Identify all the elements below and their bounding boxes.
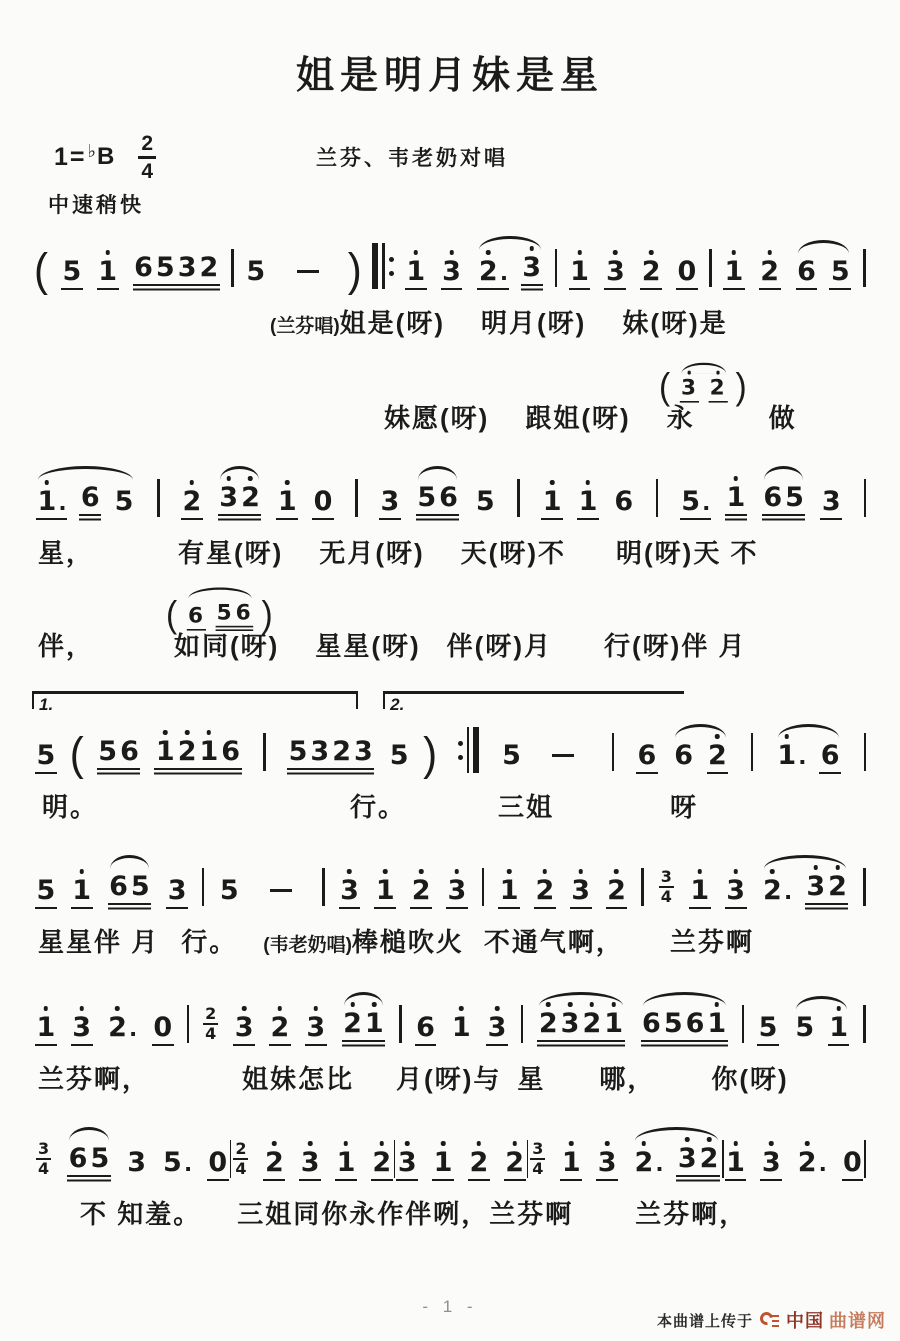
note: 0 <box>842 1139 864 1184</box>
lyric-text: 姐是(呀) <box>340 308 445 338</box>
note-digit: 5 <box>218 867 240 906</box>
note-digit: 6 <box>762 474 784 513</box>
note: 2. <box>477 248 508 293</box>
note-digit: 5 <box>680 478 702 517</box>
note-digit: 6 <box>79 474 101 513</box>
parenthesis: ( <box>34 249 48 291</box>
note-digit: 5 <box>662 1000 684 1039</box>
dash-note <box>552 754 574 758</box>
note-digit: 6 <box>108 863 130 902</box>
note: 2 <box>181 478 203 523</box>
note: 6 <box>187 597 206 633</box>
note: 1 <box>569 248 591 293</box>
measure: 34132.32 <box>657 854 851 912</box>
performers: 兰芬、韦老奶对唱 <box>316 142 508 172</box>
note: 2 <box>606 867 628 912</box>
note: 5 <box>35 867 57 912</box>
note: 3 <box>486 1004 508 1049</box>
note: 1 <box>276 478 298 523</box>
note-digit: 3 <box>353 728 375 767</box>
slur-group: 2.3 <box>476 235 543 293</box>
lyric-text: 有星(呀) <box>178 538 283 568</box>
note: 2 <box>410 867 432 912</box>
note-digit: 5 <box>794 1004 816 1043</box>
note: 3 <box>760 1139 782 1184</box>
lyric-text: 妹愿(呀) <box>384 403 489 433</box>
note-digit: 6 <box>819 732 841 771</box>
note-digit: 3 <box>218 474 240 513</box>
note-digit: 1 <box>689 867 711 906</box>
measure: (656) <box>166 587 274 633</box>
score: (5165325)132.313201265(兰芬唱)姐是(呀)明月(呀)妹(呀… <box>32 235 868 1231</box>
lyric-segment: 妹愿(呀) <box>384 398 489 435</box>
slur-group: 32 <box>679 362 728 405</box>
note-digit: 5 <box>287 728 309 767</box>
note-digit: 3 <box>559 1000 581 1039</box>
note: 1 <box>335 1139 357 1184</box>
note-digit: 6 <box>67 1135 89 1174</box>
lyric-segment: 兰芬啊 <box>670 922 754 959</box>
note: 6 <box>673 732 695 777</box>
slur-group: 21 <box>341 991 387 1049</box>
note-digit: 5 <box>245 248 267 287</box>
lyric-text: 不 知羞。 <box>80 1199 201 1229</box>
note: 5 <box>501 732 523 777</box>
slur-group: 2.32 <box>761 854 850 912</box>
measure: 3123 <box>338 867 469 912</box>
lyric-text: 三姐 <box>498 792 554 822</box>
lyric-text: 天(呀)不 <box>461 538 566 568</box>
note-digit: 5 <box>35 867 57 906</box>
note: 5. <box>162 1139 193 1184</box>
song-title: 姐是明月妹是星 <box>32 44 868 99</box>
note-digit: 5 <box>501 732 523 771</box>
note: 1 <box>828 1004 850 1049</box>
note-digit: 2 <box>796 1139 818 1178</box>
lyric-segment: 跟姐(呀) <box>525 398 630 435</box>
note: 1 <box>374 867 396 912</box>
inline-time-signature: 34 <box>530 1141 545 1177</box>
note: 3 <box>725 867 747 912</box>
note-digit: 5 <box>35 732 57 771</box>
note-digit: 1 <box>577 478 599 517</box>
note: 2. <box>796 1139 827 1184</box>
note: 1 <box>498 867 520 912</box>
measure: 242312 <box>231 1139 393 1184</box>
system-8: 346535.0242312312234132.32132.0不 知羞。三姐同你… <box>32 1126 868 1231</box>
note-digit: 1 <box>405 248 427 287</box>
lyric-text: 棒槌吹火 <box>352 927 464 957</box>
lyric-text: 伴， <box>38 631 94 661</box>
note: 1 <box>35 1004 57 1049</box>
lyric-segment: 哪， <box>599 1059 655 1096</box>
upload-text: 本曲谱上传于 <box>657 1310 753 1331</box>
note: 0 <box>152 1004 174 1049</box>
note-digit: 2 <box>698 1135 720 1174</box>
note: 3 <box>299 1139 321 1184</box>
system-2: 妹愿(呀)跟姐(呀)(32)永做 <box>32 398 868 435</box>
volta-bracket-2: 2. <box>383 691 684 709</box>
note: 1216 <box>154 728 241 777</box>
lyric-segment: 妹(呀)是 <box>622 303 727 340</box>
note-digit: 0 <box>207 1139 229 1178</box>
note <box>281 270 335 294</box>
inline-time-signature: 34 <box>36 1141 51 1177</box>
slur-group: 56 <box>415 465 461 523</box>
note: 65 <box>762 474 806 523</box>
note-digit: 3 <box>441 248 463 287</box>
note: 6532 <box>133 244 220 293</box>
note: 2. <box>107 1004 138 1049</box>
measure: 53235) <box>286 728 437 777</box>
note: 1 <box>689 867 711 912</box>
lyric-text: 跟姐(呀) <box>525 403 630 433</box>
barline <box>864 479 867 517</box>
note: 2 <box>269 1004 291 1049</box>
note: 3 <box>396 1139 418 1184</box>
measure: 613 <box>414 1004 509 1049</box>
note-digit: 5 <box>61 248 83 287</box>
note: 5323 <box>287 728 374 777</box>
barline <box>202 868 205 906</box>
measure: 23210 <box>180 465 335 523</box>
lyric-segment: 明(呀)天 不 <box>616 533 759 570</box>
note-digit: 5 <box>215 594 234 625</box>
lyric-text: 如同(呀) <box>174 631 279 661</box>
notes-row: (5165325)132.313201265 <box>32 235 868 293</box>
note-digit: 3 <box>339 867 361 906</box>
singer-label: (兰芬唱) <box>270 316 340 337</box>
note-digit: 0 <box>152 1004 174 1043</box>
sheet-music-page: 姐是明月妹是星 1=♭B 2 4 兰芬、韦老奶对唱 中速稍快 (5165325)… <box>0 0 900 1341</box>
system-1: (5165325)132.313201265(兰芬唱)姐是(呀)明月(呀)妹(呀… <box>32 235 868 340</box>
note-digit: 2 <box>504 1139 526 1178</box>
note-digit: 5 <box>474 478 496 517</box>
note-digit: 5 <box>154 244 176 283</box>
note: 65 <box>67 1135 111 1184</box>
inline-time-signature: 24 <box>233 1141 248 1177</box>
lyric-segment: 呀 <box>670 787 698 824</box>
duration-dot: . <box>58 478 68 517</box>
lyric-segment: 三姐 <box>498 787 554 824</box>
note-digit: 2 <box>534 867 556 906</box>
note <box>254 889 308 913</box>
parenthesis: ) <box>423 733 437 775</box>
measure: 5 <box>500 732 592 777</box>
notes-row: 132.0243232161323216561551 <box>32 991 868 1049</box>
lyric-text: 月(呀)与 <box>396 1064 501 1094</box>
note-digit: 3 <box>486 1004 508 1043</box>
note-digit: 3 <box>309 728 331 767</box>
note-digit: 1 <box>35 1004 57 1043</box>
barline <box>742 1005 745 1043</box>
note-digit: 5 <box>388 732 410 771</box>
note: 2 <box>371 1139 393 1184</box>
duration-dot: . <box>655 1139 665 1178</box>
note-digit: 3 <box>446 867 468 906</box>
note-digit: 6 <box>220 728 242 767</box>
slur-group: 62 <box>672 723 730 777</box>
lyric-text: 明月(呀) <box>481 308 586 338</box>
note-digit: 2 <box>606 867 628 906</box>
note: 0 <box>312 478 334 523</box>
measure: 5 <box>217 867 309 912</box>
measure: 1232 <box>497 867 628 912</box>
note: 1 <box>97 248 119 293</box>
note: 5 <box>474 478 496 523</box>
lyric-text: 行(呀)伴 月 <box>604 631 747 661</box>
volta-row: 1.2. <box>32 687 868 723</box>
note: 1 <box>405 248 427 293</box>
lyric-segment: 行(呀)伴 月 <box>604 626 747 663</box>
lyric-segment: (兰芬唱)姐是(呀) <box>270 303 445 340</box>
lyrics-row: 明。行。三姐呀 <box>32 787 868 824</box>
note-digit: 2 <box>477 248 499 287</box>
measure: 51653 <box>34 854 189 912</box>
note: 56 <box>215 594 253 633</box>
lyric-text: 兰芬啊， <box>635 1199 747 1229</box>
barline <box>521 1005 524 1043</box>
site-name-secondary: 曲谱网 <box>829 1307 886 1333</box>
slur-group: 2.32 <box>632 1126 721 1184</box>
note: 5 <box>757 1004 779 1049</box>
note-digit: 1 <box>154 728 176 767</box>
measure: 5) <box>244 248 362 293</box>
note: 2 <box>708 369 727 405</box>
lyric-segment: 星星(呀) <box>315 626 420 663</box>
slur-group: 65 <box>66 1126 112 1184</box>
note-digit: 0 <box>676 248 698 287</box>
note-digit: 3 <box>396 1139 418 1178</box>
note: 2 <box>468 1139 490 1184</box>
note-digit: 1 <box>723 248 745 287</box>
note-digit: 6 <box>187 597 206 628</box>
note: 1 <box>450 1004 472 1049</box>
notes-row: 5(56121653235)56621.6 <box>32 723 868 777</box>
lyric-text: 行。 <box>181 927 237 957</box>
note-digit: 2 <box>762 867 784 906</box>
note-digit: 3 <box>299 1139 321 1178</box>
note: 2321 <box>537 1000 624 1049</box>
lyric-segment: 明。 <box>42 787 98 824</box>
note: 3 <box>379 478 401 523</box>
lyric-segment: 不通气啊， <box>484 922 624 959</box>
lyric-segment: (韦老奶唱)棒槌吹火 <box>263 922 464 959</box>
measure: 551 <box>756 995 851 1049</box>
measure: 5.1653 <box>679 465 844 523</box>
note: 32 <box>676 1135 720 1184</box>
note-digit: 2 <box>269 1004 291 1043</box>
lyrics-row: 妹愿(呀)跟姐(呀)(32)永做 <box>32 398 868 435</box>
barline <box>555 249 558 287</box>
note: 1 <box>560 1139 582 1184</box>
note: 6 <box>613 478 635 523</box>
slur-group: 1.6 <box>775 723 842 777</box>
note-digit: 2 <box>708 369 727 400</box>
duration-dot: . <box>183 1139 193 1178</box>
lyric-text: 无月(呀) <box>319 538 424 568</box>
lyric-text: 星， <box>38 538 94 568</box>
note: 5 <box>61 248 83 293</box>
note: 5 <box>113 478 135 523</box>
volta-bracket-1: 1. <box>32 691 358 709</box>
lyric-text: 明(呀)天 不 <box>616 538 759 568</box>
slur-group: 32 <box>217 465 263 523</box>
lyrics-row: 不 知羞。三姐同你永作伴咧，兰芬啊兰芬啊， <box>32 1194 868 1231</box>
lyrics-row: 星，有星(呀)无月(呀)天(呀)不明(呀)天 不 <box>32 533 868 570</box>
note-digit: 1 <box>363 1000 385 1039</box>
note-digit: 1 <box>828 1004 850 1043</box>
barline <box>863 868 866 906</box>
note-digit: 2 <box>707 732 729 771</box>
note-digit: 5 <box>829 248 851 287</box>
time-signature-header: 2 4 <box>138 133 156 182</box>
duration-dot: . <box>128 1004 138 1043</box>
note: 2 <box>534 867 556 912</box>
note: 3 <box>305 1004 327 1049</box>
note-digit: 5 <box>416 474 438 513</box>
note: 1 <box>723 248 745 293</box>
measure: 1.6 <box>774 723 843 777</box>
note-digit: 2 <box>176 728 198 767</box>
note: 6 <box>819 732 841 777</box>
note: 1 <box>725 474 747 523</box>
note: 3 <box>441 248 463 293</box>
notes-row: 346535.0242312312234132.32132.0 <box>32 1126 868 1184</box>
lyric-segment: 兰芬啊， <box>38 1059 150 1096</box>
barline <box>482 868 485 906</box>
grace-notes: (656) <box>166 587 274 633</box>
dash-note <box>297 270 319 274</box>
barline <box>863 249 866 287</box>
barline <box>864 1140 866 1178</box>
note: 2 <box>759 248 781 293</box>
lyric-text: 呀 <box>670 792 698 822</box>
key-prefix: 1= <box>54 143 87 172</box>
note-digit: 2 <box>181 478 203 517</box>
note-digit: 2 <box>581 1000 603 1039</box>
singer-label: (韦老奶唱) <box>263 935 352 956</box>
note: 65 <box>108 863 152 912</box>
site-name-primary: 中国 <box>786 1307 824 1333</box>
note-digit: 1 <box>450 1004 472 1043</box>
note-digit: 6 <box>438 474 460 513</box>
note-digit: 3 <box>596 1139 618 1178</box>
note: 3 <box>71 1004 93 1049</box>
lyric-text: 妹(呀)是 <box>622 308 727 338</box>
note-digit: 3 <box>760 1139 782 1178</box>
lyric-text: 星星伴 月 <box>38 927 159 957</box>
note: 2 <box>504 1139 526 1184</box>
note-digit: 6 <box>133 244 155 283</box>
volta-label: 2. <box>390 695 404 715</box>
note: 6561 <box>641 1000 728 1049</box>
measure: 1265 <box>722 239 853 293</box>
note-digit: 3 <box>805 863 827 902</box>
lyrics-row: 兰芬啊，姐妹怎比月(呀)与星哪，你(呀) <box>32 1059 868 1096</box>
lyrics-row: 星星伴 月行。(韦老奶唱)棒槌吹火不通气啊，兰芬啊 <box>32 922 868 959</box>
duration-dot: . <box>798 732 808 771</box>
note-digit: 1 <box>97 248 119 287</box>
note: 1 <box>577 478 599 523</box>
repeat-end-barline <box>458 727 480 773</box>
system-3: 1.652321035651165.1653星，有星(呀)无月(呀)天(呀)不明… <box>32 465 868 570</box>
note-digit: 3 <box>820 478 842 517</box>
note: 1 <box>725 1139 747 1184</box>
duration-dot: . <box>818 1139 828 1178</box>
measure: 3122 <box>395 1139 526 1184</box>
note-digit: 5 <box>757 1004 779 1043</box>
volta-label: 1. <box>39 695 53 715</box>
lyric-text: 星星(呀) <box>315 631 420 661</box>
note: 5. <box>680 478 711 523</box>
note-digit: 6 <box>636 732 658 771</box>
note: 5 <box>245 248 267 293</box>
note-digit: 2 <box>240 474 262 513</box>
note: 6 <box>79 474 101 523</box>
note-digit: 2 <box>468 1139 490 1178</box>
measure: (516532 <box>34 244 221 293</box>
note: 3 <box>521 244 543 293</box>
note: 2. <box>633 1139 664 1184</box>
inline-time-signature: 34 <box>659 869 674 905</box>
measure: 132.0 <box>34 1004 175 1049</box>
barline <box>263 733 266 771</box>
note-digit: 2 <box>827 863 849 902</box>
measure: 23216561 <box>535 991 729 1049</box>
lyric-segment: 有星(呀) <box>178 533 283 570</box>
measure: 116 <box>540 478 635 523</box>
note-digit: 1 <box>374 867 396 906</box>
note: 3 <box>604 248 626 293</box>
note: 3 <box>166 867 188 912</box>
lyrics-row: (兰芬唱)姐是(呀)明月(呀)妹(呀)是 <box>32 303 868 340</box>
lyric-segment: 星星伴 月 <box>38 922 159 959</box>
note-digit: 1 <box>36 478 58 517</box>
note-digit: 2 <box>371 1139 393 1178</box>
measure: (32) <box>659 362 748 405</box>
note-digit: 2 <box>633 1139 655 1178</box>
note-digit: 1 <box>71 867 93 906</box>
barline <box>641 868 644 906</box>
key-signature: 1=♭B 2 4 <box>54 133 156 182</box>
note-digit: 3 <box>570 867 592 906</box>
note: 3 <box>596 1139 618 1184</box>
note: 32 <box>805 863 849 912</box>
note-digit: 2 <box>640 248 662 287</box>
lyric-segment: (32)永 <box>667 398 695 435</box>
parenthesis: ( <box>659 370 672 403</box>
note: 5 <box>218 867 240 912</box>
note: 21 <box>342 1000 386 1049</box>
note-digit: 1 <box>432 1139 454 1178</box>
slur-group: 6561 <box>640 991 729 1049</box>
note-digit: 3 <box>126 1139 148 1178</box>
note-digit: 1 <box>276 478 298 517</box>
measure: 132.0 <box>724 1139 865 1184</box>
note-digit: 1 <box>560 1139 582 1178</box>
lyric-text: 兰芬啊 <box>670 927 754 957</box>
lyric-segment: 姐妹怎比 <box>242 1059 354 1096</box>
barline <box>231 249 234 287</box>
lyric-segment: 月(呀)与 <box>396 1059 501 1096</box>
barline <box>355 479 358 517</box>
system-4: 伴，(656)如同(呀)星星(呀)伴(呀)月行(呀)伴 月 <box>32 626 868 663</box>
note-digit: 6 <box>684 1000 706 1039</box>
grace-notes: (32) <box>659 362 748 405</box>
note: 3 <box>126 1139 148 1184</box>
lyric-text: 姐妹怎比 <box>242 1064 354 1094</box>
